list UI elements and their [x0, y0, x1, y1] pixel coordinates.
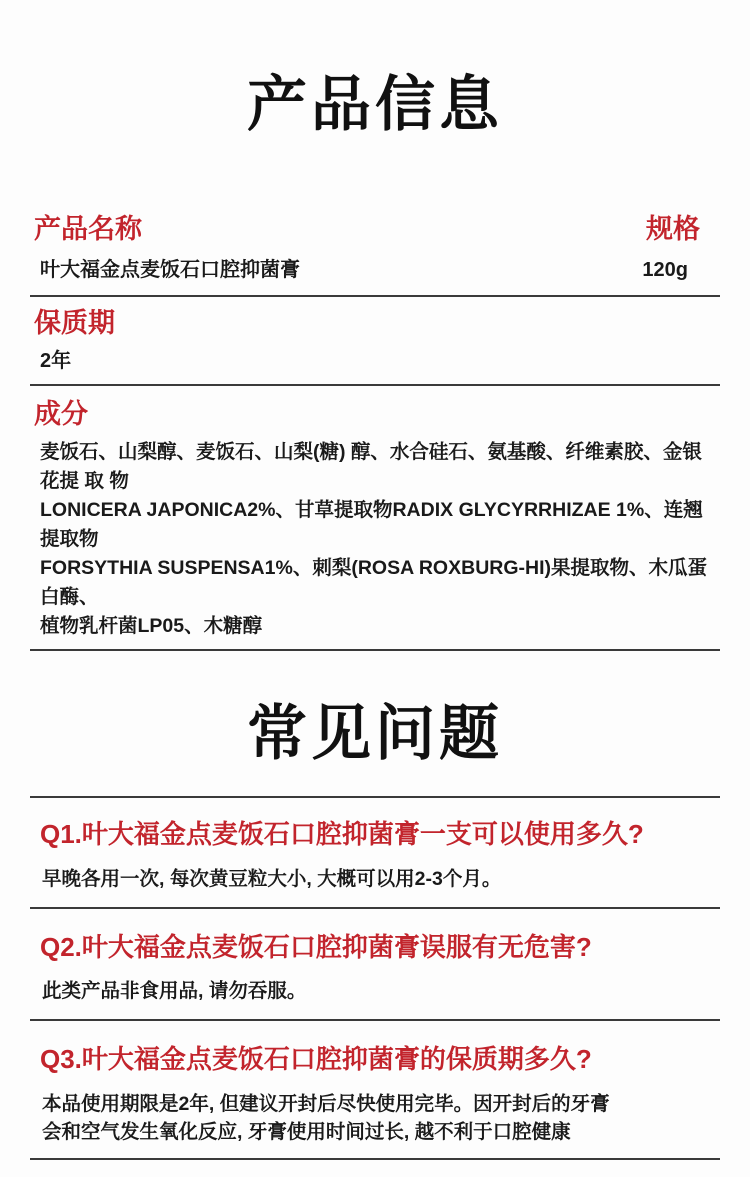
- faq-answer-2: 此类产品非食用品, 请勿吞服。: [40, 977, 716, 1005]
- page-title: 产品信息: [0, 0, 750, 139]
- product-info-page: 产品信息 产品名称 规格 叶大福金点麦饭石口腔抑菌膏 120g 保质期 2年 成…: [0, 0, 750, 1177]
- shelf-life-label: 保质期: [34, 307, 750, 339]
- faq-question-3: Q3.叶大福金点麦饭石口腔抑菌膏的保质期多久?: [34, 1043, 716, 1076]
- product-label-row: 产品名称 规格: [0, 213, 750, 245]
- ingredients-value: 麦饭石、山梨醇、麦饭石、山梨(糖) 醇、水合硅石、氨基酸、纤维素胶、金银 花提 …: [40, 438, 716, 641]
- spec-value: 120g: [636, 257, 716, 283]
- faq-item-3: Q3.叶大福金点麦饭石口腔抑菌膏的保质期多久? 本品使用期限是2年, 但建议开封…: [0, 1043, 750, 1146]
- divider: [30, 907, 720, 909]
- faq-question-2: Q2.叶大福金点麦饭石口腔抑菌膏误服有无危害?: [34, 931, 716, 964]
- shelf-life-value: 2年: [40, 348, 750, 374]
- faq-answer-1: 早晚各用一次, 每次黄豆粒大小, 大概可以用2-3个月。: [40, 865, 716, 893]
- faq-answer-3: 本品使用期限是2年, 但建议开封后尽快使用完毕。因开封后的牙膏 会和空气发生氧化…: [40, 1090, 716, 1146]
- faq-item-2: Q2.叶大福金点麦饭石口腔抑菌膏误服有无危害? 此类产品非食用品, 请勿吞服。: [0, 931, 750, 1006]
- faq-question-1: Q1.叶大福金点麦饭石口腔抑菌膏一支可以使用多久?: [34, 818, 716, 851]
- divider: [30, 295, 720, 297]
- product-name-label: 产品名称: [34, 213, 142, 245]
- spec-label: 规格: [646, 213, 716, 245]
- product-value-row: 叶大福金点麦饭石口腔抑菌膏 120g: [0, 257, 750, 283]
- divider: [30, 796, 720, 798]
- divider: [30, 384, 720, 386]
- faq-item-1: Q1.叶大福金点麦饭石口腔抑菌膏一支可以使用多久? 早晚各用一次, 每次黄豆粒大…: [0, 818, 750, 893]
- divider: [30, 1019, 720, 1021]
- faq-title: 常见问题: [0, 651, 750, 768]
- product-name-value: 叶大福金点麦饭石口腔抑菌膏: [34, 257, 300, 283]
- ingredients-label: 成分: [34, 398, 750, 430]
- divider: [30, 1158, 720, 1160]
